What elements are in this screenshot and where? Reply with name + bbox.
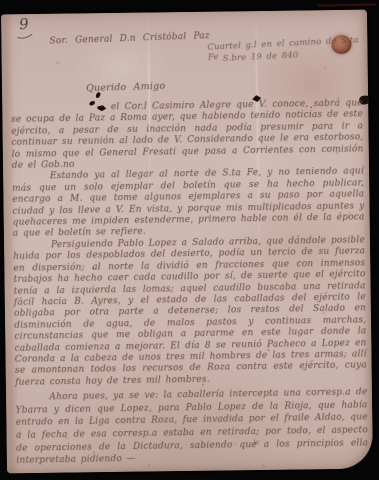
paragraph: Estando ya al llegar al norte de S.ta Fe…	[12, 167, 365, 241]
dark-specks	[1, 14, 3, 16]
paragraph: el Cor.l Casimiro Alegre que V. conoce, …	[11, 98, 364, 172]
scanner-edge-streak	[318, 3, 376, 6]
interlinear-insertion: la	[254, 439, 260, 446]
paragraph: Ahora pues, ya se ve: la caballería inte…	[15, 386, 368, 467]
pencil-underline-stroke	[16, 32, 34, 40]
ink-blot	[95, 92, 101, 99]
letter-paper: 9 Sor. General D.n Cristóbal Paz Cuartel…	[1, 10, 373, 474]
addressee-line: Sor. General D.n Cristóbal Paz	[49, 31, 210, 46]
letter-body: el Cor.l Casimiro Alegre que V. conoce, …	[11, 98, 369, 467]
paragraph: Persiguiendo Pablo Lopez a Salado arriba…	[13, 235, 367, 389]
page-number-pencil-mark: 9	[18, 15, 29, 34]
